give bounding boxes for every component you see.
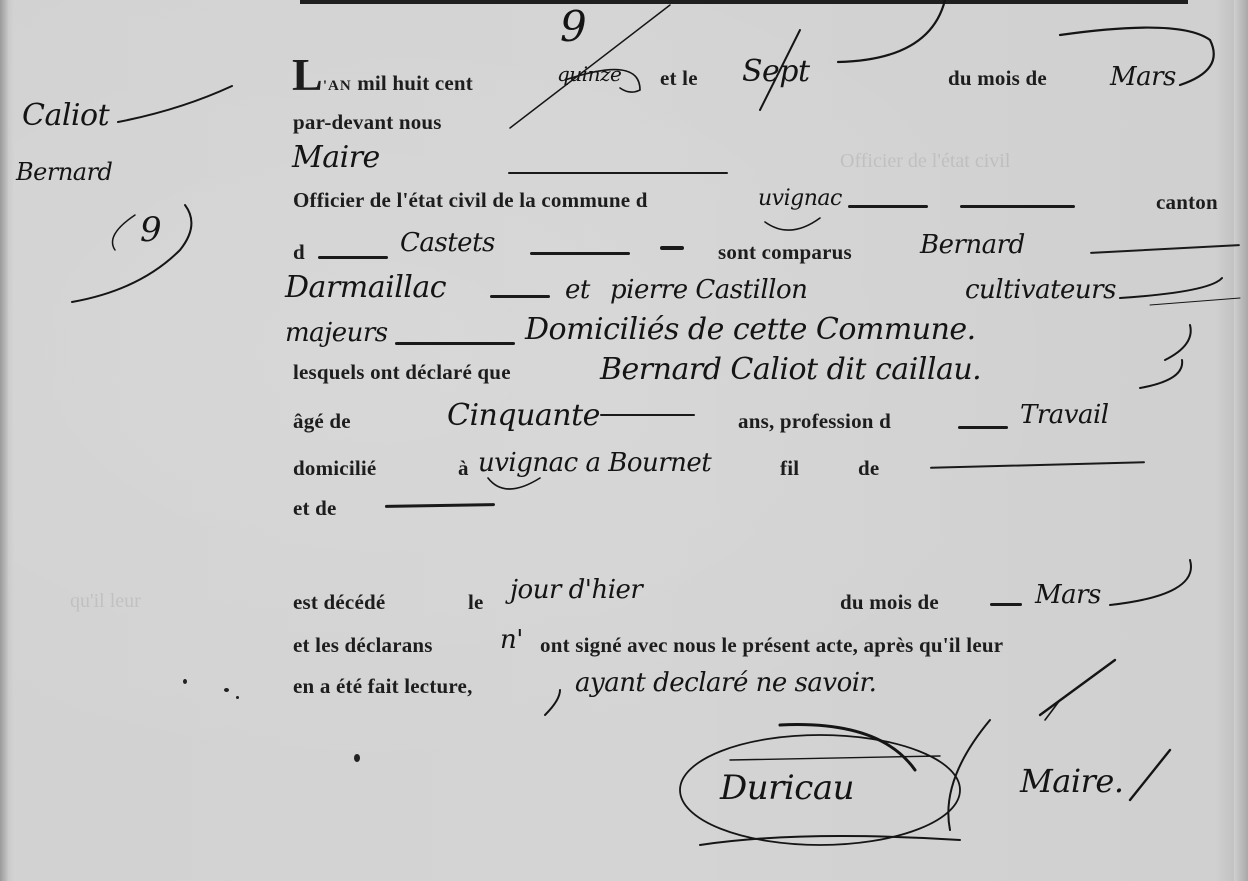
smallcaps-an: 'AN <box>323 78 352 94</box>
fill-line <box>508 172 728 174</box>
printed-text: et le <box>660 66 698 91</box>
fill-line <box>958 426 1008 429</box>
canton-fill: Castets <box>400 228 495 258</box>
ink-speck <box>183 679 187 684</box>
margin-given-name: Bernard <box>16 158 112 186</box>
ink-speck <box>236 696 239 699</box>
remark-fill: ayant declaré ne savoir. <box>575 668 876 698</box>
residence-fill: Domiciliés de cette Commune. <box>525 312 976 347</box>
month-fill: Mars <box>1110 62 1176 92</box>
fill-line <box>318 256 388 259</box>
fill-dash <box>660 246 684 250</box>
printed-text: de <box>858 456 879 481</box>
ink-speck <box>224 688 229 692</box>
printed-text: mil huit cent <box>357 71 473 95</box>
printed-text: du mois de <box>948 66 1047 91</box>
pen-flourishes <box>0 0 1248 881</box>
printed-text: et les déclarans <box>293 633 433 658</box>
top-rule-divider <box>300 0 1188 4</box>
printed-text: sont comparus <box>718 240 852 265</box>
printed-text: fil <box>780 456 799 481</box>
printed-text: ans, profession d <box>738 409 891 434</box>
printed-text: lesquels ont déclaré que <box>293 360 511 385</box>
printed-text: le <box>468 590 484 615</box>
status-fill: majeurs <box>285 318 388 348</box>
ink-speck <box>354 754 360 762</box>
profession-fill: Travail <box>1020 400 1109 430</box>
conjunction-fill: et <box>565 275 590 305</box>
fill-line <box>395 342 515 345</box>
fill-line <box>990 603 1022 606</box>
printed-text: est décédé <box>293 590 385 615</box>
page-right-edge <box>1234 0 1248 881</box>
page-left-edge <box>0 0 8 881</box>
printed-text: canton <box>1156 190 1218 215</box>
printed-text: d <box>293 240 305 265</box>
mayor-signature-title: Maire. <box>1020 762 1123 800</box>
printed-text: en a été fait lecture, <box>293 674 473 699</box>
form-line-1: L'AN mil huit cent <box>292 52 473 98</box>
death-month-fill: Mars <box>1035 580 1101 610</box>
fill-line <box>848 205 928 208</box>
fill-line <box>530 252 630 255</box>
printed-text: du mois de <box>840 590 939 615</box>
bleed-through-text: Officier de l'état civil <box>840 150 1010 173</box>
printed-text: ont signé avec nous le présent acte, apr… <box>540 633 1003 658</box>
commune-fill: uvignac <box>758 186 842 211</box>
fill-line <box>385 503 495 508</box>
domicile-fill: uvignac a Bournet <box>478 448 711 478</box>
margin-mark: 9 <box>140 210 161 250</box>
mayor-signature-name: Duricau <box>720 768 854 808</box>
printed-text: âgé de <box>293 409 351 434</box>
official-fill: Maire <box>292 140 380 175</box>
printed-text: et de <box>293 496 337 521</box>
deceased-name-fill: Bernard Caliot dit caillau. <box>600 352 981 387</box>
printed-text: Officier de l'état civil de la commune d <box>293 188 648 213</box>
year-fill: quinze <box>557 62 621 86</box>
death-day-fill: jour d'hier <box>510 575 642 605</box>
fill-line <box>1090 244 1240 254</box>
age-fill: Cinquante <box>447 398 600 433</box>
printed-text: à <box>458 456 469 481</box>
witness1-last-fill: Darmaillac <box>285 270 446 305</box>
day-fill: Sept <box>742 54 810 89</box>
document-scan: qu'il leur Officier de l'état civil Cali… <box>0 0 1248 881</box>
negation-fill: n' <box>500 625 523 655</box>
fill-line <box>930 461 1145 469</box>
fill-line <box>600 414 695 416</box>
printed-text: domicilié <box>293 456 376 481</box>
witness2-fill: pierre Castillon <box>610 275 807 305</box>
dropcap-letter: L <box>292 49 323 100</box>
fill-line <box>490 295 550 298</box>
bleed-through-text: qu'il leur <box>70 590 141 613</box>
printed-text: par-devant nous <box>293 110 442 135</box>
fill-line <box>960 205 1075 208</box>
year-number-fill: 9 <box>560 2 586 51</box>
occupation-fill: cultivateurs <box>965 275 1116 305</box>
witness1-first-fill: Bernard <box>920 230 1025 260</box>
margin-surname: Caliot <box>22 98 109 133</box>
